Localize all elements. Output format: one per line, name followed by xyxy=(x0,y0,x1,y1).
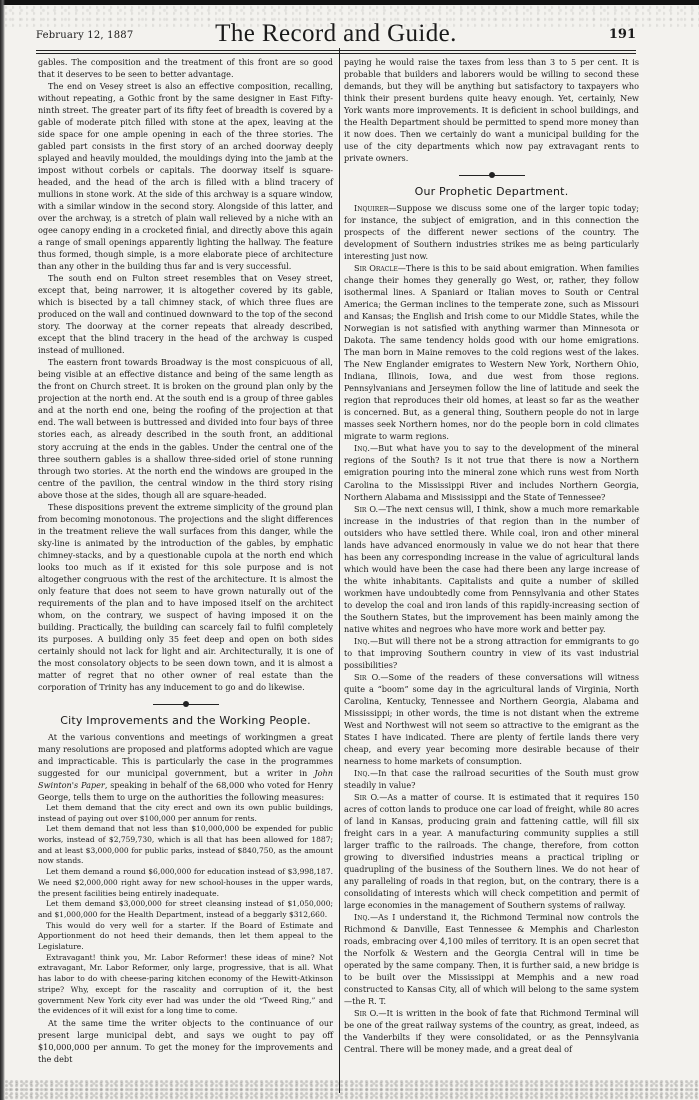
dialogue-paragraph: Sir Oracle—There is this to be said abou… xyxy=(344,262,639,442)
header-rule-top xyxy=(36,50,636,51)
section-heading-prophetic: Our Prophetic Department. xyxy=(344,184,639,200)
speaker-name: Sir Oracle xyxy=(354,263,398,273)
dialogue-text: —In that case the railroad securities of… xyxy=(344,768,639,790)
speaker-name: Sir O. xyxy=(354,1008,378,1018)
section-heading-city-improvements: City Improvements and the Working People… xyxy=(38,713,333,729)
dialogue-text: —It is written in the book of fate that … xyxy=(344,1008,639,1054)
header-rule-bottom xyxy=(36,53,636,54)
quoted-measure: This would do very well for a starter. I… xyxy=(38,921,333,953)
article-paragraph: These dispositions prevent the extreme s… xyxy=(38,501,333,693)
left-column: gables. The composition and the treatmen… xyxy=(38,56,333,1065)
speaker-name: Sir O. xyxy=(354,792,379,802)
section-divider xyxy=(344,168,639,182)
dialogue-text: —There is this to be said about emigrati… xyxy=(344,263,639,441)
divider-dot-icon xyxy=(183,701,189,707)
quoted-measure: Let them demand that the city erect and … xyxy=(38,803,333,824)
intro-text: At the various conventions and meetings … xyxy=(38,732,333,778)
speaker-name: Inquirer xyxy=(354,203,388,213)
page-number: 191 xyxy=(609,27,636,42)
speaker-name: Inq. xyxy=(354,636,370,646)
dialogue-paragraph: Inq.—But what have you to say to the dev… xyxy=(344,442,639,502)
dialogue-text: —The next census will, I think, show a m… xyxy=(344,504,639,634)
dialogue-paragraph: Inq.—In that case the railroad securitie… xyxy=(344,767,639,791)
article-paragraph: The eastern front towards Broadway is th… xyxy=(38,356,333,500)
continuation-paragraph: paying he would raise the taxes from les… xyxy=(344,56,639,164)
dialogue-paragraph: Inquirer—Suppose we discuss some one of … xyxy=(344,202,639,262)
dialogue-text: —As a matter of course. It is estimated … xyxy=(344,792,639,910)
quoted-measure: Extravagant! think you, Mr. Labor Reform… xyxy=(38,953,333,1017)
dialogue-text: —But what have you to say to the develop… xyxy=(344,443,639,501)
section-intro: At the various conventions and meetings … xyxy=(38,731,333,803)
right-column: paying he would raise the taxes from les… xyxy=(344,56,639,1055)
dialogue-text: —Some of the readers of these conversati… xyxy=(344,672,639,766)
quoted-measure: Let them demand $3,000,000 for street cl… xyxy=(38,899,333,920)
scan-noise-bottom xyxy=(5,1080,699,1100)
article-paragraph: The end on Vesey street is also an effec… xyxy=(38,80,333,272)
publication-title: The Record and Guide. xyxy=(36,20,636,48)
article-paragraph: gables. The composition and the treatmen… xyxy=(38,56,333,80)
page-header: February 12, 1887 The Record and Guide. … xyxy=(36,20,636,46)
dialogue-paragraph: Inq.—But will there not be a strong attr… xyxy=(344,635,639,671)
dialogue-paragraph: Sir O.—It is written in the book of fate… xyxy=(344,1007,639,1055)
speaker-name: Inq. xyxy=(354,443,370,453)
dialogue-text: —Suppose we discuss some one of the larg… xyxy=(344,203,639,261)
speaker-name: Sir O. xyxy=(354,672,380,682)
speaker-name: Sir O. xyxy=(354,504,378,514)
article-paragraph: The south end on Fulton street resembles… xyxy=(38,272,333,356)
speaker-name: Inq. xyxy=(354,912,370,922)
dialogue-paragraph: Sir O.—The next census will, I think, sh… xyxy=(344,503,639,635)
column-divider xyxy=(339,48,340,1093)
closing-paragraph: At the same time the writer objects to t… xyxy=(38,1017,333,1065)
quoted-measure: Let them demand that not less than $10,0… xyxy=(38,824,333,867)
dialogue-paragraph: Sir O.—Some of the readers of these conv… xyxy=(344,671,639,767)
speaker-name: Inq. xyxy=(354,768,370,778)
divider-dot-icon xyxy=(489,172,495,178)
quoted-measure: Let them demand a round $6,000,000 for e… xyxy=(38,867,333,899)
dialogue-text: —But will there not be a strong attracti… xyxy=(344,636,639,670)
dialogue-text: —As I understand it, the Richmond Termin… xyxy=(344,912,639,1006)
dialogue-paragraph: Inq.—As I understand it, the Richmond Te… xyxy=(344,911,639,1007)
scan-left-edge xyxy=(0,0,5,1100)
dialogue-paragraph: Sir O.—As a matter of course. It is esti… xyxy=(344,791,639,911)
section-divider xyxy=(38,697,333,711)
